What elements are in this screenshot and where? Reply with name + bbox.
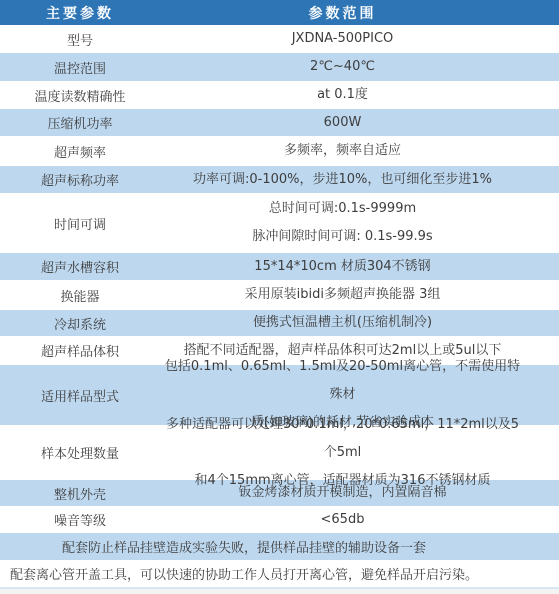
param-value: at 0.1度	[160, 81, 559, 109]
header-main-params-label: 主要参数	[0, 3, 160, 23]
param-name: 超声标称功率	[0, 170, 160, 189]
table-row: 冷却系统便携式恒温槽主机(压缩机制冷)	[0, 310, 559, 336]
table-row: 时间可调总时间可调:0.1s-9999m脉冲间隙时间可调: 0.1s-99.9s	[0, 193, 559, 253]
table-row: 温度读数精确性at 0.1度	[0, 81, 559, 109]
param-name: 温度读数精确性	[0, 86, 160, 105]
param-name: 时间可调	[0, 214, 160, 233]
param-value: <65db	[160, 506, 559, 534]
param-value-line: 脉冲间隙时间可调: 0.1s-99.9s	[160, 223, 525, 251]
param-name: 压缩机功率	[0, 113, 160, 132]
table-body: 型号JXDNA-500PICO温控范围2℃~40℃温度读数精确性at 0.1度压…	[0, 25, 559, 533]
table-row: 压缩机功率600W	[0, 109, 559, 136]
param-value: 15*14*10cm 材质304不锈钢	[160, 253, 559, 281]
param-name: 整机外壳	[0, 484, 160, 503]
param-value-line: 总时间可调:0.1s-9999m	[160, 195, 525, 223]
table-row: 换能器采用原装ibidi多频超声换能器 3组	[0, 280, 559, 310]
table-merged-row: 配套离心管开盖工具，可以快速的协助工作人员打开离心管，避免样品开启污染。	[0, 560, 559, 587]
table-row: 超声标称功率功率可调:0-100%，步进10%，也可细化至步进1%	[0, 166, 559, 193]
param-value: 功率可调:0-100%，步进10%，也可细化至步进1%	[160, 166, 559, 194]
param-name: 适用样品型式	[0, 386, 160, 405]
param-value-line: 便携式恒温槽主机(压缩机制冷)	[160, 309, 525, 337]
param-value-line: 包括0.1ml、0.65ml、1.5ml及20-50ml离心管，不需使用特殊材	[160, 353, 525, 409]
param-value-line: <65db	[160, 506, 525, 534]
table-row: 样本处理数量多种适配器可以处理30*0.1ml，20*0.65ml，11*2ml…	[0, 425, 559, 480]
param-value: 总时间可调:0.1s-9999m脉冲间隙时间可调: 0.1s-99.9s	[160, 195, 559, 251]
param-value: 采用原装ibidi多频超声换能器 3组	[160, 281, 559, 309]
table-row: 超声频率多频率，频率自适应	[0, 136, 559, 166]
param-value-line: 600W	[160, 109, 525, 137]
param-name: 换能器	[0, 286, 160, 305]
param-name: 样本处理数量	[0, 443, 160, 462]
header-param-range-label: 参数范围	[160, 3, 559, 23]
table-row: 超声水槽容积15*14*10cm 材质304不锈钢	[0, 253, 559, 280]
param-value-line: 采用原装ibidi多频超声换能器 3组	[160, 281, 525, 309]
param-value-line: 15*14*10cm 材质304不锈钢	[160, 253, 525, 281]
param-name: 超声样品体积	[0, 341, 160, 360]
param-value-line: 多频率，频率自适应	[160, 137, 525, 165]
param-value-line: 多种适配器可以处理30*0.1ml，20*0.65ml，11*2ml以及5个5m…	[160, 411, 525, 467]
param-name: 噪音等级	[0, 510, 160, 529]
param-value: 便携式恒温槽主机(压缩机制冷)	[160, 309, 559, 337]
table-row: 型号JXDNA-500PICO	[0, 25, 559, 53]
table-merged-row: 配套防止样品挂壁造成实验失败，提供样品挂壁的辅助设备一套	[0, 533, 559, 560]
param-value-line: 功率可调:0-100%，步进10%，也可细化至步进1%	[160, 166, 525, 194]
table-row: 整机外壳钣金烤漆材质开模制造，内置隔音棉	[0, 480, 559, 506]
param-name: 超声水槽容积	[0, 257, 160, 276]
param-value-line: at 0.1度	[160, 81, 525, 109]
bottom-divider	[0, 587, 559, 594]
param-value-line: JXDNA-500PICO	[160, 25, 525, 53]
param-value: 钣金烤漆材质开模制造，内置隔音棉	[160, 479, 559, 507]
table-footer-merged-rows: 配套防止样品挂壁造成实验失败，提供样品挂壁的辅助设备一套配套离心管开盖工具，可以…	[0, 533, 559, 587]
param-value: 多频率，频率自适应	[160, 137, 559, 165]
param-value: 600W	[160, 109, 559, 137]
param-name: 冷却系统	[0, 314, 160, 333]
spec-table: 主要参数 参数范围 型号JXDNA-500PICO温控范围2℃~40℃温度读数精…	[0, 0, 559, 594]
table-row: 温控范围2℃~40℃	[0, 53, 559, 81]
table-header-row: 主要参数 参数范围	[0, 0, 559, 25]
param-name: 温控范围	[0, 58, 160, 77]
param-value: JXDNA-500PICO	[160, 25, 559, 53]
param-value-line: 2℃~40℃	[160, 53, 525, 81]
param-value-line: 钣金烤漆材质开模制造，内置隔音棉	[160, 479, 525, 507]
param-value: 2℃~40℃	[160, 53, 559, 81]
table-row: 噪音等级<65db	[0, 506, 559, 533]
param-name: 型号	[0, 30, 160, 49]
param-name: 超声频率	[0, 142, 160, 161]
